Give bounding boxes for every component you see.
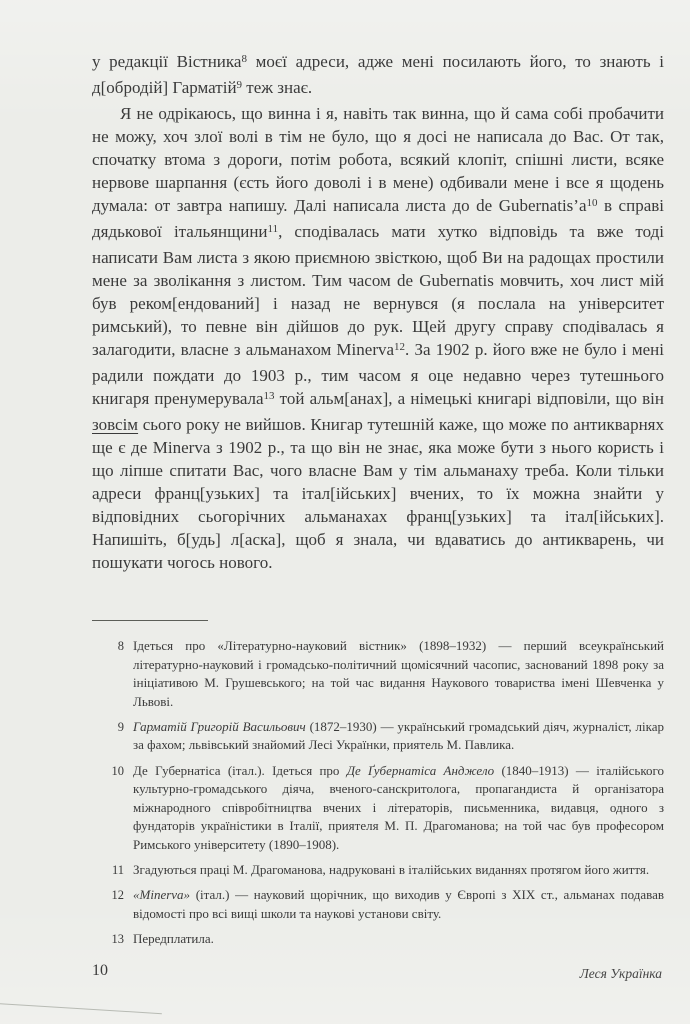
book-page: у редакції Вістника8 моєї адреси, адже м…	[0, 0, 690, 1024]
paragraph: у редакції Вістника8 моєї адреси, адже м…	[92, 50, 664, 102]
footnote-number: 13	[104, 930, 124, 949]
footnote-number: 10	[104, 762, 124, 781]
text-segment: Передплатила.	[133, 931, 214, 946]
footnote: 12«Minerva» (італ.) — науковий щорічник,…	[92, 886, 664, 923]
text-segment: зовсім	[92, 415, 138, 434]
letter-body: у редакції Вістника8 моєї адреси, адже м…	[92, 50, 664, 574]
footnote: 10Де Губернатіса (італ.). Ідеться про Де…	[92, 762, 664, 855]
text-segment: Гарматій Григорій Васильович	[133, 719, 306, 734]
text-segment: (італ.) — науковий щорічник, що виходив …	[133, 887, 664, 921]
footnote: 9Гарматій Григорій Васильович (1872–1930…	[92, 718, 664, 755]
paragraph: Я не одрікаюсь, що винна і я, навіть так…	[92, 102, 664, 574]
footnote-marker: 11	[268, 223, 279, 235]
text-segment: сього року не вийшов. Книгар тутешній ка…	[92, 415, 664, 572]
footnote-number: 12	[104, 886, 124, 905]
footnote: 8Ідеться про «Літературно-науковий вістн…	[92, 637, 664, 711]
footnote-marker: 10	[587, 197, 598, 209]
footnotes-block: 8Ідеться про «Літературно-науковий вістн…	[92, 637, 664, 955]
footnote: 11Згадуються праці М. Драгоманова, надру…	[92, 861, 664, 880]
text-segment: Де Губернатіса (італ.). Ідеться про	[133, 763, 347, 778]
footnote-number: 8	[104, 637, 124, 656]
running-footer-author: Леся Українка	[580, 966, 662, 982]
footnote-number: 9	[104, 718, 124, 737]
text-segment: теж знає.	[242, 78, 312, 97]
footnote-marker: 13	[264, 390, 275, 402]
scan-edge-artifact	[0, 1003, 162, 1014]
footnote-marker: 8	[241, 53, 247, 65]
footnote-number: 11	[104, 861, 124, 880]
text-segment: , сподівалась мати хутко відповідь та вж…	[92, 222, 664, 359]
page-number: 10	[92, 962, 108, 980]
text-segment: Ідеться про «Літературно-науковий вістни…	[133, 638, 664, 709]
footnote: 13Передплатила.	[92, 930, 664, 949]
text-segment: той альм[анах], а німецькі книгарі відпо…	[275, 389, 664, 408]
text-segment: Згадуються праці М. Драгоманова, надруко…	[133, 862, 649, 877]
footnote-separator	[92, 620, 208, 621]
text-segment: Де Ґубернатіса Анджело	[347, 763, 494, 778]
text-segment: Я не одрікаюсь, що винна і я, навіть так…	[92, 104, 664, 215]
footnote-marker: 12	[394, 341, 405, 353]
footnote-marker: 9	[237, 79, 243, 91]
text-segment: «Minerva»	[133, 887, 190, 902]
text-segment: у редакції Вістника	[92, 52, 241, 71]
